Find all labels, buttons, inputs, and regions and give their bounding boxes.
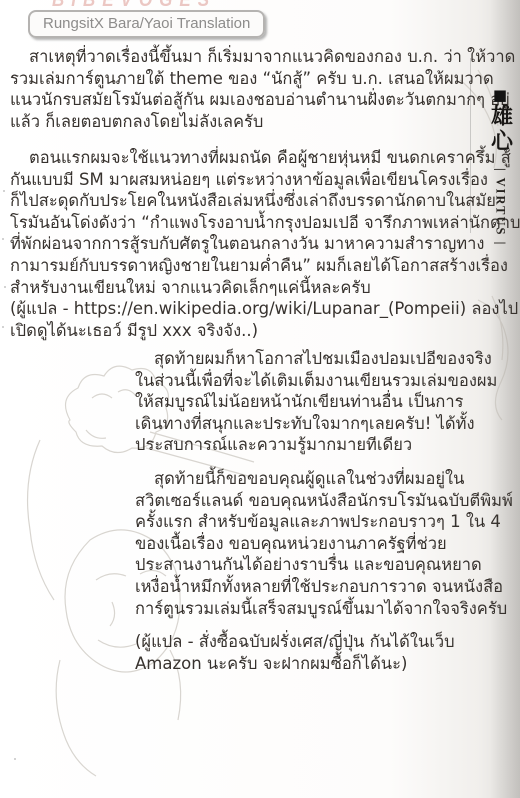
scan-speck — [2, 238, 4, 240]
text-line: (ผู้แปล - สั่งซื้อฉบับฝรั่งเศส/ญี่ปุ่น ก… — [135, 631, 455, 653]
afterword-paragraph-4: สุดท้ายนี้ก็ขอขอบคุณผู้ดูแลในช่วงที่ผมอย… — [135, 468, 513, 619]
text-line: รวมเล่มการ์ตูนภายใต้ theme ของ “นักสู้” … — [10, 68, 515, 90]
translator-badge: RungsitX Bara/Yaoi Translation — [28, 10, 265, 38]
text-line: ที่พักผ่อนจากการสู้รบกับศัตรูในตอนกลางวั… — [10, 233, 520, 255]
scan-artifact-line — [470, 58, 471, 233]
text-line: โรมันอันโด่งดังว่า “กำแพงโรงอาบน้ำกรุงปอ… — [10, 212, 520, 234]
text-line: กามารมย์กับบรรดาหญิงชายในยามค่ำคืน” ผมก็… — [10, 255, 520, 277]
scan-speck — [14, 758, 16, 760]
text-line: ตอนแรกผมจะใช้แนวทางที่ผมถนัด คือผู้ชายหุ… — [10, 147, 520, 169]
text-line: ประสบการณ์และความรู้มากมายทีเดียว — [135, 434, 497, 456]
text-line: แล้ว ก็เลยตอบตกลงโดยไม่ลังเลครับ — [10, 111, 515, 133]
text-line: ในส่วนนี้เพื่อที่จะได้เติมเต็มงานเขียนรว… — [135, 370, 497, 392]
chapter-sidebar: ■ 雄心 | VIRTUS | — [486, 88, 514, 246]
black-square-marker: ■ — [493, 88, 507, 102]
text-line: (ผู้แปล - https://en.wikipedia.org/wiki/… — [10, 298, 520, 320]
scan-speck — [4, 286, 6, 288]
afterword-paragraph-2: ตอนแรกผมจะใช้แนวทางที่ผมถนัด คือผู้ชายหุ… — [10, 147, 520, 341]
text-line: ให้สมบูรณ์ไม่น้อยหน้านักเขียนท่านอื่น เป… — [135, 391, 497, 413]
afterword-paragraph-3: สุดท้ายผมก็หาโอกาสไปชมเมืองปอมเปอีของจริ… — [135, 348, 497, 456]
afterword-paragraph-1: สาเหตุที่วาดเรื่องนี้ขึ้นมา ก็เริ่มมาจาก… — [10, 46, 515, 132]
scan-speck — [2, 326, 4, 328]
text-line: เดินทางที่สนุกและประทับใจมากๆเลยครับ! ได… — [135, 413, 497, 435]
chapter-title-kanji: 雄心 — [485, 104, 516, 154]
text-line: กันแบบมี SM มาผสมหน่อยๆ แต่ระหว่างหาข้อม… — [10, 169, 520, 191]
text-line: เหงื่อน้ำหมึกทั้งหลายที่ใช้ประกอบการวาด … — [135, 576, 513, 598]
translator-note: (ผู้แปล - สั่งซื้อฉบับฝรั่งเศส/ญี่ปุ่น ก… — [135, 631, 455, 674]
text-line: เปิดดูได้นะเธอว์ มีรูป xxx จริงจัง..) — [10, 320, 520, 342]
text-line: สุดท้ายนี้ก็ขอขอบคุณผู้ดูแลในช่วงที่ผมอย… — [135, 468, 513, 490]
text-line: ก็ไปสะดุดกับประโยคในหนังสือเล่มหนึ่งซึ่ง… — [10, 190, 520, 212]
text-line: การ์ตูนรวมเล่มนี้เสร็จสมบูรณ์ขึ้นมาได้จา… — [135, 598, 513, 620]
chapter-title-latin: | VIRTUS | — [493, 168, 508, 246]
text-line: สุดท้ายผมก็หาโอกาสไปชมเมืองปอมเปอีของจริ… — [135, 348, 497, 370]
text-line: สำหรับงานเขียนใหม่ จากแนวคิดเล็กๆแค่นี้ห… — [10, 277, 520, 299]
text-line: แนวนักรบสมัยโรมันต่อสู้กัน ผมเองชอบอ่านต… — [10, 89, 515, 111]
text-line: สาเหตุที่วาดเรื่องนี้ขึ้นมา ก็เริ่มมาจาก… — [10, 46, 515, 68]
scanned-afterword-page: BIBEVOGES RungsitX Bara/Yaoi Translation… — [0, 0, 520, 798]
text-line: ของเนื้อเรื่อง ขอบคุณหน่วยงานภาครัฐที่ช่… — [135, 533, 513, 555]
text-line: ครั้งแรก สำหรับข้อมูลและภาพประกอบราวๆ 1 … — [135, 511, 513, 533]
text-line: ประสานงานกันได้อย่างราบรื่น และขอบคุณหยา… — [135, 554, 513, 576]
scan-speck — [3, 190, 5, 192]
watermark-text: BIBEVOGES — [52, 0, 216, 9]
text-line: สวิตเซอร์แลนด์ ขอบคุณหนังสือนักรบโรมันฉบ… — [135, 490, 513, 512]
text-line: Amazon นะครับ จะฝากผมซื้อก็ได้นะ) — [135, 653, 455, 675]
